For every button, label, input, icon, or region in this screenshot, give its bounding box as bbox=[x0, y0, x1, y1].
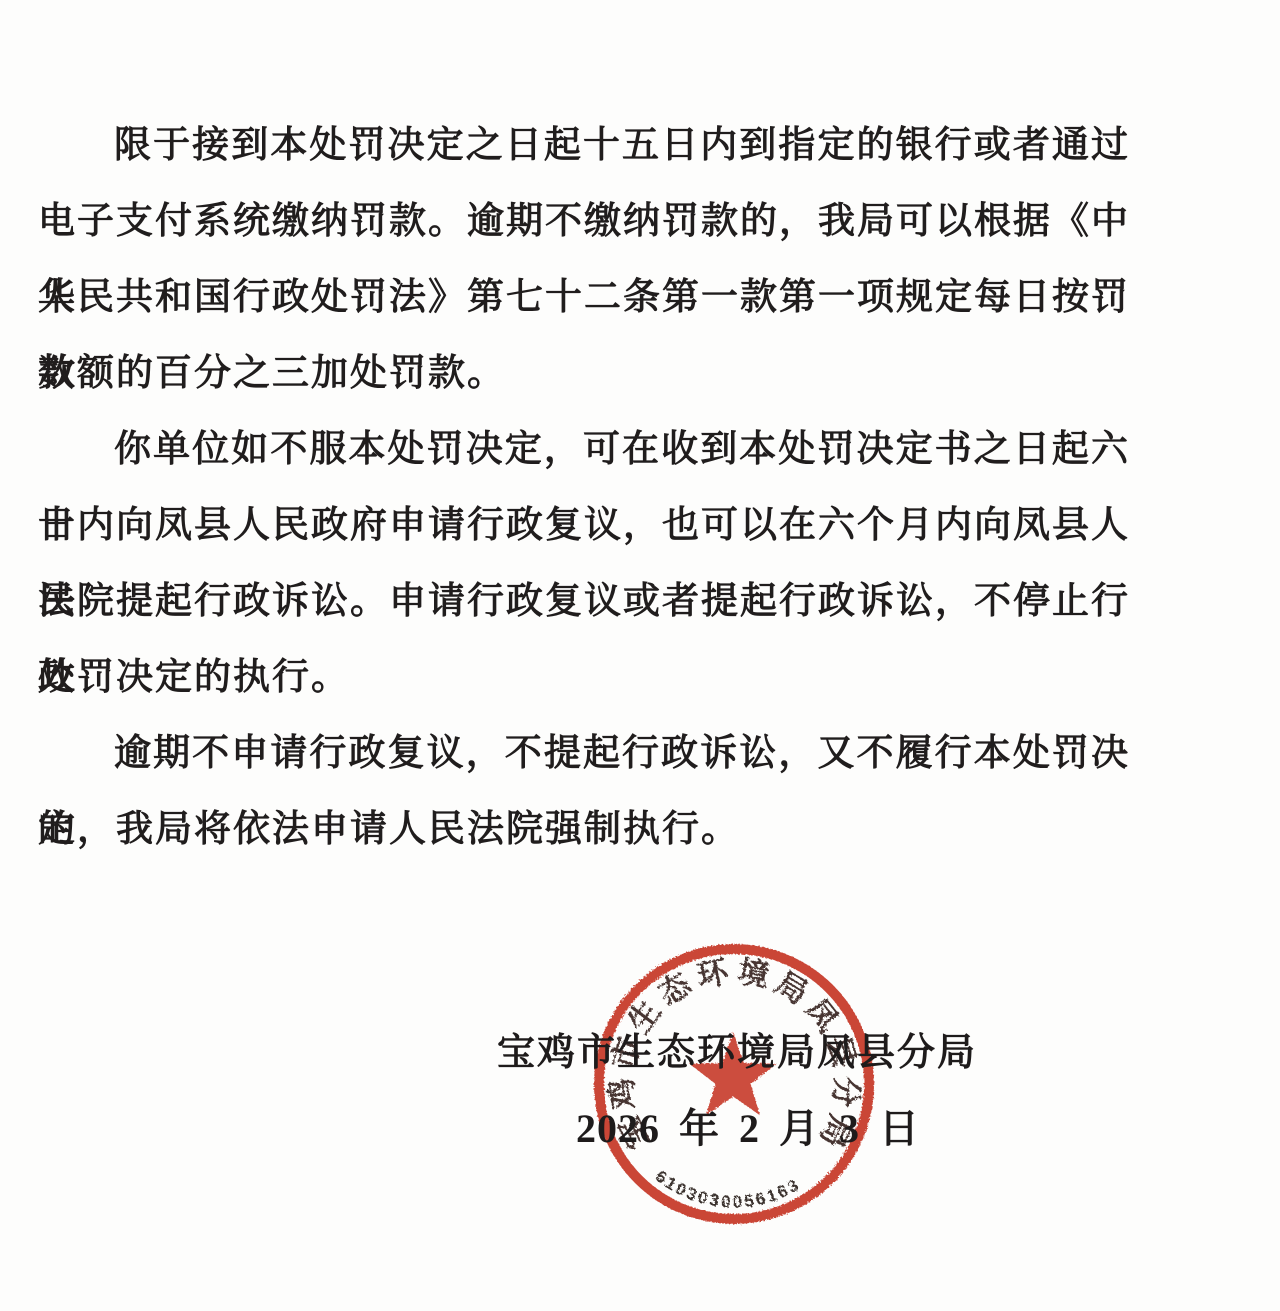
body-line: 限于接到本处罚决定之日起十五日内到指定的银行或者通过 bbox=[38, 108, 1130, 184]
seal-serial-digit: 5 bbox=[743, 1191, 755, 1211]
seal-serial-digit: 0 bbox=[720, 1192, 731, 1212]
body-line: 处罚决定的执行。 bbox=[38, 640, 1130, 716]
body-line: 的，我局将依法申请人民法院强制执行。 bbox=[38, 792, 1130, 868]
seal-serial-digit: 0 bbox=[732, 1192, 742, 1211]
body-line: 你单位如不服本处罚决定，可在收到本处罚决定书之日起六十 bbox=[38, 412, 1130, 488]
official-seal-stamp: 宝 鸡 市 生 态 环 境 局 凤 县 分 局 6 1 0 3 bbox=[584, 934, 884, 1234]
signature-date: 2026 年 2 月 3 日 bbox=[576, 1103, 920, 1155]
body-line: 电子支付系统缴纳罚款。逾期不缴纳罚款的，我局可以根据《中华 bbox=[38, 184, 1130, 260]
signature-agency: 宝鸡市生态环境局凤县分局 bbox=[497, 1029, 977, 1077]
seal-arc-char: 境 bbox=[735, 954, 772, 994]
body-line: 数额的百分之三加处罚款。 bbox=[38, 336, 1130, 412]
body-line: 人民共和国行政处罚法》第七十二条第一款第一项规定每日按罚款 bbox=[38, 260, 1130, 336]
seal-graphic: 宝 鸡 市 生 态 环 境 局 凤 县 分 局 6 1 0 3 bbox=[584, 934, 884, 1234]
body-line: 日内向凤县人民政府申请行政复议，也可以在六个月内向凤县人民 bbox=[38, 488, 1130, 564]
document-page: 限于接到本处罚决定之日起十五日内到指定的银行或者通过 电子支付系统缴纳罚款。逾期… bbox=[0, 0, 1280, 1311]
document-body: 限于接到本处罚决定之日起十五日内到指定的银行或者通过 电子支付系统缴纳罚款。逾期… bbox=[38, 108, 1130, 868]
seal-arc-char: 环 bbox=[694, 954, 732, 994]
body-line: 法院提起行政诉讼。申请行政复议或者提起行政诉讼，不停止行政 bbox=[38, 564, 1130, 640]
body-line: 逾期不申请行政复议，不提起行政诉讼，又不履行本处罚决定 bbox=[38, 716, 1130, 792]
seal-serial-digit: 3 bbox=[708, 1190, 721, 1210]
